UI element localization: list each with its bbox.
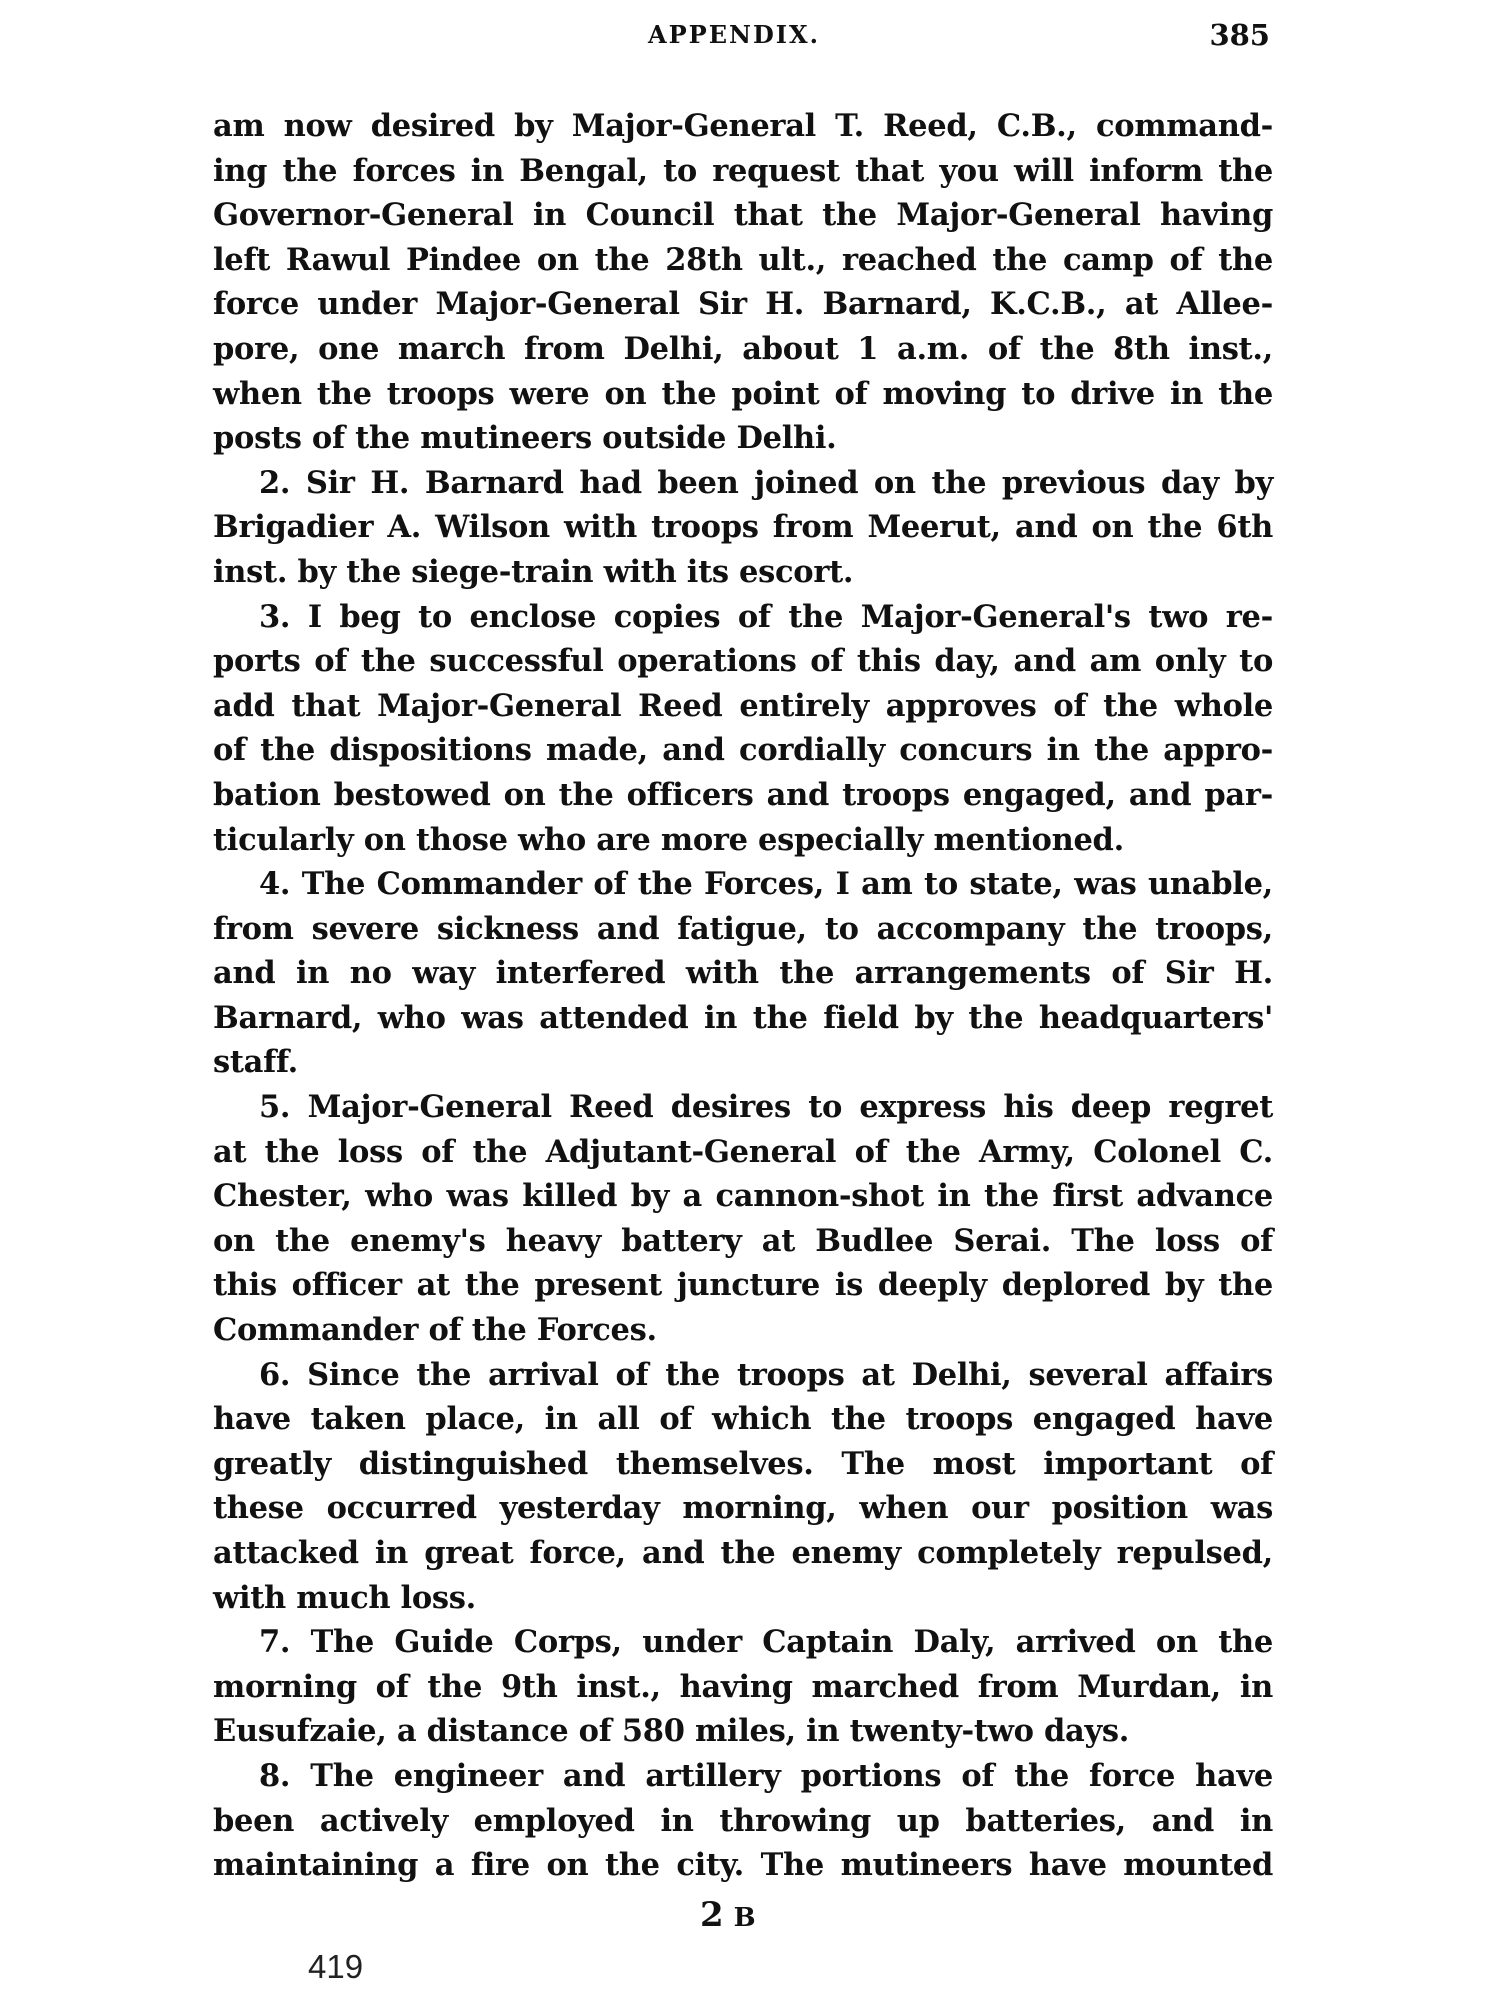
text-line: been actively employed in throwing up ba… [213, 1799, 1273, 1844]
text-line: maintaining a fire on the city. The muti… [213, 1843, 1273, 1888]
text-line: 5. Major-General Reed desires to express… [213, 1085, 1273, 1130]
text-line: this officer at the present juncture is … [213, 1263, 1273, 1308]
text-line: bation bestowed on the officers and troo… [213, 773, 1273, 818]
text-line: and in no way interfered with the arrang… [213, 951, 1273, 996]
text-line: of the dispositions made, and cordially … [213, 728, 1273, 773]
text-line: 8. The engineer and artillery portions o… [213, 1754, 1273, 1799]
text-line: greatly distinguished themselves. The mo… [213, 1442, 1273, 1487]
scan-page-number: 419 [308, 1948, 363, 1986]
page-number: 385 [1208, 18, 1270, 52]
text-line: add that Major-General Reed entirely app… [213, 684, 1273, 729]
text-line: with much loss. [213, 1576, 1273, 1621]
text-line: from severe sickness and fatigue, to acc… [213, 907, 1273, 952]
text-line: Barnard, who was attended in the field b… [213, 996, 1273, 1041]
paragraph-6: 6. Since the arrival of the troops at De… [213, 1353, 1273, 1621]
text-line: attacked in great force, and the enemy c… [213, 1531, 1273, 1576]
text-line: 3. I beg to enclose copies of the Major-… [213, 595, 1273, 640]
text-line: left Rawul Pindee on the 28th ult., reac… [213, 238, 1273, 283]
text-line: Brigadier A. Wilson with troops from Mee… [213, 505, 1273, 550]
text-line: 4. The Commander of the Forces, I am to … [213, 862, 1273, 907]
paragraph-8: 8. The engineer and artillery portions o… [213, 1754, 1273, 1888]
text-line: Chester, who was killed by a cannon-shot… [213, 1174, 1273, 1219]
text-line: Commander of the Forces. [213, 1308, 1273, 1353]
text-line: morning of the 9th inst., having marched… [213, 1665, 1273, 1710]
text-line: force under Major-General Sir H. Barnard… [213, 282, 1273, 327]
paragraph-1: am now desired by Major-General T. Reed,… [213, 104, 1273, 461]
text-line: inst. by the siege-train with its escort… [213, 550, 1273, 595]
signature-number: 2 [700, 1895, 724, 1935]
paragraph-3: 3. I beg to enclose copies of the Major-… [213, 595, 1273, 863]
text-line: ticularly on those who are more especial… [213, 818, 1273, 863]
paragraph-7: 7. The Guide Corps, under Captain Daly, … [213, 1620, 1273, 1754]
text-line: 6. Since the arrival of the troops at De… [213, 1353, 1273, 1398]
text-line: Eusufzaie, a distance of 580 miles, in t… [213, 1709, 1273, 1754]
signature-letter: B [734, 1903, 756, 1933]
running-head: APPENDIX. 385 [0, 18, 1500, 58]
text-line: ports of the successful operations of th… [213, 639, 1273, 684]
text-line: pore, one march from Delhi, about 1 a.m.… [213, 327, 1273, 372]
text-line: 7. The Guide Corps, under Captain Daly, … [213, 1620, 1273, 1665]
paragraph-2: 2. Sir H. Barnard had been joined on the… [213, 461, 1273, 595]
text-line: have taken place, in all of which the tr… [213, 1397, 1273, 1442]
text-line: when the troops were on the point of mov… [213, 372, 1273, 417]
paragraph-5: 5. Major-General Reed desires to express… [213, 1085, 1273, 1353]
text-line: on the enemy's heavy battery at Budlee S… [213, 1219, 1273, 1264]
signature-mark: 2B [700, 1895, 800, 1935]
paragraph-4: 4. The Commander of the Forces, I am to … [213, 862, 1273, 1085]
body-text: am now desired by Major-General T. Reed,… [213, 104, 1273, 1888]
text-line: am now desired by Major-General T. Reed,… [213, 104, 1273, 149]
text-line: 2. Sir H. Barnard had been joined on the… [213, 461, 1273, 506]
text-line: Governor-General in Council that the Maj… [213, 193, 1273, 238]
text-line: ing the forces in Bengal, to request tha… [213, 149, 1273, 194]
text-line: these occurred yesterday morning, when o… [213, 1486, 1273, 1531]
text-line: at the loss of the Adjutant-General of t… [213, 1130, 1273, 1175]
running-head-title: APPENDIX. [648, 20, 828, 49]
text-line: posts of the mutineers outside Delhi. [213, 416, 1273, 461]
text-line: staff. [213, 1040, 1273, 1085]
